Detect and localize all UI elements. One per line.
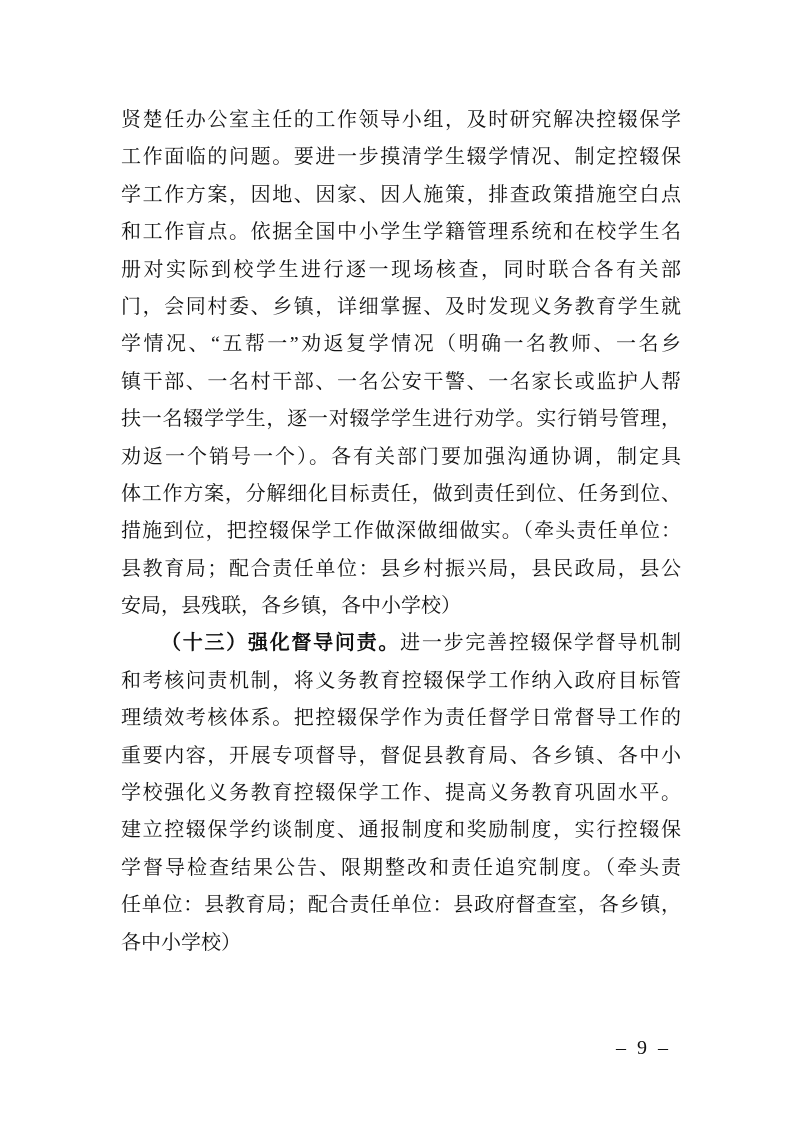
section-13-heading-continuation: 进一步完善控辍保学督导机制 xyxy=(400,632,681,654)
text-line: 任单位：县教育局；配合责任单位：县政府督查室，各乡镇， xyxy=(121,887,681,924)
text-line: 各中小学校） xyxy=(121,925,681,962)
section-13-heading: （十三）强化督导问责。 xyxy=(161,632,400,654)
text-line: 学督导检查结果公告、限期整改和责任追究制度。（牵头责 xyxy=(121,850,681,887)
text-line: 和工作盲点。依据全国中小学生学籍管理系统和在校学生名 xyxy=(121,214,681,251)
text-line: 学校强化义务教育控辍保学工作、提高义务教育巩固水平。 xyxy=(121,775,681,812)
text-line: 学情况、“五帮一”劝返复学情况（明确一名教师、一名乡 xyxy=(121,326,681,363)
text-line: 措施到位，把控辍保学工作做深做细做实。（牵头责任单位： xyxy=(121,513,681,550)
page-number: – 9 – xyxy=(616,1037,671,1060)
text-line: 和考核问责机制，将义务教育控辍保学工作纳入政府目标管 xyxy=(121,663,681,700)
document-body: 贤楚任办公室主任的工作领导小组，及时研究解决控辍保学 工作面临的问题。要进一步摸… xyxy=(121,102,681,962)
text-line: 扶一名辍学学生，逐一对辍学学生进行劝学。实行销号管理， xyxy=(121,401,681,438)
text-line: 理绩效考核体系。把控辍保学作为责任督学日常督导工作的 xyxy=(121,700,681,737)
text-line: 体工作方案，分解细化目标责任，做到责任到位、任务到位、 xyxy=(121,476,681,513)
text-line: 安局，县残联，各乡镇，各中小学校） xyxy=(121,588,681,625)
text-line: 重要内容，开展专项督导，督促县教育局、各乡镇、各中小 xyxy=(121,738,681,775)
text-line: 贤楚任办公室主任的工作领导小组，及时研究解决控辍保学 xyxy=(121,102,681,139)
text-line: 县教育局；配合责任单位：县乡村振兴局，县民政局，县公 xyxy=(121,551,681,588)
section-13-heading-line: （十三）强化督导问责。进一步完善控辍保学督导机制 xyxy=(121,625,681,662)
text-line: 工作面临的问题。要进一步摸清学生辍学情况、制定控辍保 xyxy=(121,139,681,176)
text-line: 学工作方案，因地、因家、因人施策，排查政策措施空白点 xyxy=(121,177,681,214)
text-line: 册对实际到校学生进行逐一现场核查，同时联合各有关部 xyxy=(121,252,681,289)
text-line: 镇干部、一名村干部、一名公安干警、一名家长或监护人帮 xyxy=(121,364,681,401)
text-line: 建立控辍保学约谈制度、通报制度和奖励制度，实行控辍保 xyxy=(121,812,681,849)
text-line: 劝返一个销号一个）。各有关部门要加强沟通协调，制定具 xyxy=(121,439,681,476)
document-page: 贤楚任办公室主任的工作领导小组，及时研究解决控辍保学 工作面临的问题。要进一步摸… xyxy=(0,0,793,1122)
text-line: 门，会同村委、乡镇，详细掌握、及时发现义务教育学生就 xyxy=(121,289,681,326)
